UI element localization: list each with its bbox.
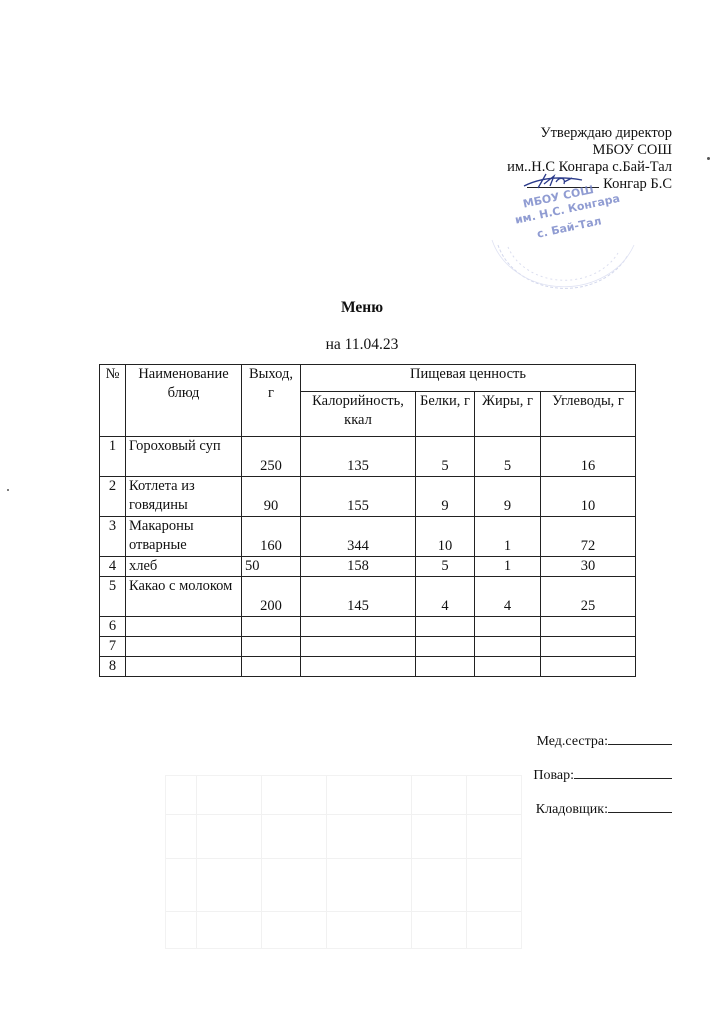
- nurse-signature: Мед.сестра:: [533, 734, 672, 750]
- cell-num: 3: [100, 517, 126, 557]
- cell-num: 2: [100, 477, 126, 517]
- table-header-row: № Наименование блюд Выход, г Пищевая цен…: [100, 365, 636, 392]
- cell-dish-name: Какао с молоком: [126, 577, 242, 617]
- cell-dish-name: хлеб: [126, 557, 242, 577]
- cell-protein: [416, 637, 475, 657]
- cell-carbs: 16: [541, 437, 636, 477]
- cell-num: 5: [100, 577, 126, 617]
- cell-num: 6: [100, 617, 126, 637]
- approval-line-1: Утверждаю директор: [507, 125, 672, 142]
- signatures-block: Мед.сестра: Повар: Кладовщик:: [533, 734, 672, 836]
- storekeeper-label: Кладовщик:: [536, 802, 608, 817]
- cell-fat: [475, 617, 541, 637]
- cell-num: 7: [100, 637, 126, 657]
- scan-speck: [707, 157, 710, 160]
- cell-kcal: 145: [301, 577, 416, 617]
- cell-dish-name: Гороховый суп: [126, 437, 242, 477]
- cell-carbs: 72: [541, 517, 636, 557]
- header-protein: Белки, г: [416, 392, 475, 437]
- cell-yield: 90: [242, 477, 301, 517]
- cell-kcal: [301, 657, 416, 677]
- cell-yield: 200: [242, 577, 301, 617]
- cook-blank-line: [574, 778, 672, 779]
- document-date: на 11.04.23: [0, 336, 724, 354]
- cell-fat: 1: [475, 517, 541, 557]
- official-stamp: МБОУ СОШ им. Н.С. Конгара с. Бай-Тал: [478, 185, 638, 295]
- table-row: 7: [100, 637, 636, 657]
- nurse-blank-line: [608, 744, 672, 745]
- cell-kcal: [301, 617, 416, 637]
- cell-dish-name: [126, 657, 242, 677]
- table-row: 2Котлета из говядины901559910: [100, 477, 636, 517]
- header-fat: Жиры, г: [475, 392, 541, 437]
- table-row: 6: [100, 617, 636, 637]
- cook-signature: Повар:: [533, 768, 672, 784]
- table-row: 5Какао с молоком2001454425: [100, 577, 636, 617]
- cell-kcal: 135: [301, 437, 416, 477]
- cell-dish-name: [126, 637, 242, 657]
- cell-yield: 50: [242, 557, 301, 577]
- cell-fat: 9: [475, 477, 541, 517]
- cell-protein: 5: [416, 557, 475, 577]
- header-yield: Выход, г: [242, 365, 301, 437]
- cell-carbs: 30: [541, 557, 636, 577]
- cook-label: Повар:: [533, 768, 574, 783]
- header-kcal: Калорийность, ккал: [301, 392, 416, 437]
- cell-fat: [475, 637, 541, 657]
- cell-dish-name: [126, 617, 242, 637]
- cell-carbs: [541, 637, 636, 657]
- cell-kcal: 344: [301, 517, 416, 557]
- header-nutrition: Пищевая ценность: [301, 365, 636, 392]
- cell-kcal: 158: [301, 557, 416, 577]
- table-row: 4хлеб501585130: [100, 557, 636, 577]
- cell-num: 8: [100, 657, 126, 677]
- cell-num: 4: [100, 557, 126, 577]
- cell-protein: [416, 657, 475, 677]
- table-row: 1Гороховый суп2501355516: [100, 437, 636, 477]
- bleed-through-artifact: [165, 775, 522, 949]
- cell-dish-name: Котлета из говядины: [126, 477, 242, 517]
- cell-protein: 10: [416, 517, 475, 557]
- cell-fat: 4: [475, 577, 541, 617]
- cell-dish-name: Макароны отварные: [126, 517, 242, 557]
- cell-protein: 5: [416, 437, 475, 477]
- cell-kcal: 155: [301, 477, 416, 517]
- cell-yield: [242, 657, 301, 677]
- header-name: Наименование блюд: [126, 365, 242, 437]
- cell-fat: [475, 657, 541, 677]
- scan-speck: [7, 489, 9, 491]
- cell-yield: 250: [242, 437, 301, 477]
- menu-table: № Наименование блюд Выход, г Пищевая цен…: [99, 364, 636, 677]
- cell-yield: 160: [242, 517, 301, 557]
- cell-protein: [416, 617, 475, 637]
- table-row: 3Макароны отварные16034410172: [100, 517, 636, 557]
- cell-carbs: [541, 617, 636, 637]
- header-carbs: Углеводы, г: [541, 392, 636, 437]
- table-row: 8: [100, 657, 636, 677]
- cell-kcal: [301, 637, 416, 657]
- cell-yield: [242, 617, 301, 637]
- storekeeper-blank-line: [608, 812, 672, 813]
- cell-protein: 9: [416, 477, 475, 517]
- approval-line-2: МБОУ СОШ: [507, 142, 672, 159]
- cell-yield: [242, 637, 301, 657]
- nurse-label: Мед.сестра:: [537, 734, 608, 749]
- cell-fat: 5: [475, 437, 541, 477]
- cell-fat: 1: [475, 557, 541, 577]
- cell-carbs: 10: [541, 477, 636, 517]
- cell-carbs: 25: [541, 577, 636, 617]
- cell-carbs: [541, 657, 636, 677]
- cell-num: 1: [100, 437, 126, 477]
- cell-protein: 4: [416, 577, 475, 617]
- document-title: Меню: [0, 299, 724, 317]
- header-num: №: [100, 365, 126, 437]
- storekeeper-signature: Кладовщик:: [533, 802, 672, 818]
